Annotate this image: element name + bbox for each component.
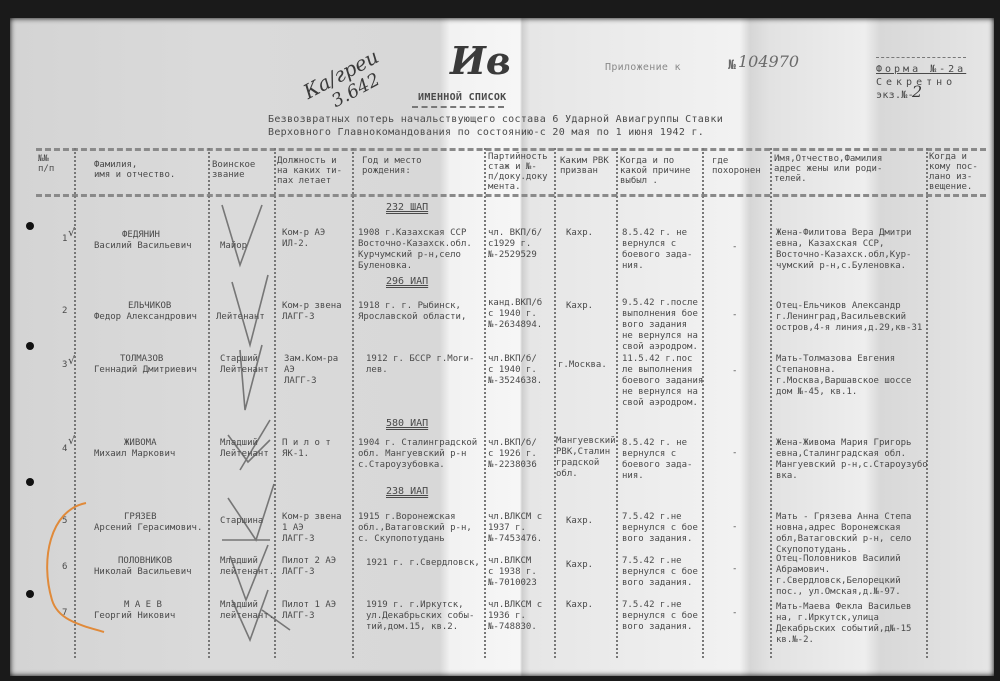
orange-bracket-mark [47, 503, 104, 632]
pencil-check-marks [0, 0, 1000, 681]
